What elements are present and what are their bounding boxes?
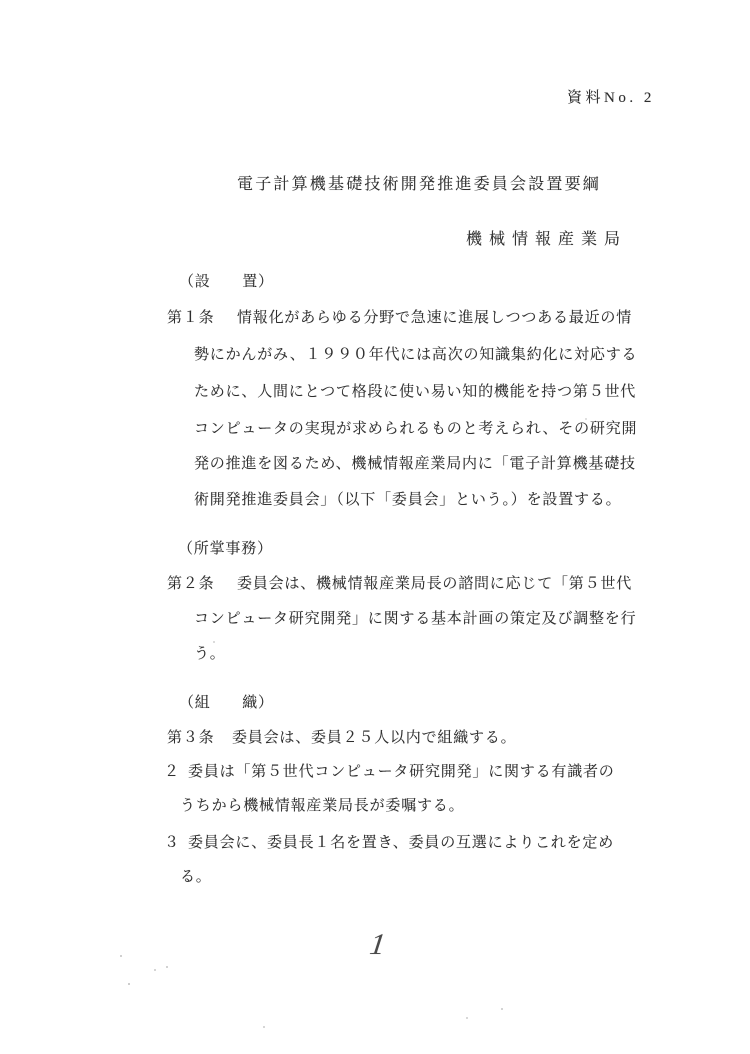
article-2-line: コンピュータ研究開発」に関する基本計画の策定及び調整を行 <box>194 607 636 628</box>
page-number: 1 <box>368 928 388 962</box>
article-1-label: 第１条 <box>167 306 214 327</box>
document-title: 電子計算機基礎技術開発推進委員会設置要綱 <box>237 171 601 194</box>
article-1-line: 情報化があらゆる分野で急速に進展しつつある最近の情 <box>237 306 632 327</box>
article-1-line: 勢にかんがみ、１９９０年代には高次の知識集約化に対応する <box>194 343 637 364</box>
article-1-line: 発の推進を図るため、機械情報産業局内に「電子計算機基礎技 <box>194 452 636 473</box>
article-3-item-3-line: る。 <box>180 865 212 886</box>
article-3-item-3-label: ３ <box>164 831 180 852</box>
section-heading-organization: （組 織） <box>179 691 274 712</box>
article-1-line: 術開発推進委員会」（以下「委員会」という。）を設置する。 <box>194 488 621 509</box>
scanned-document-page: 資料No. 2 電子計算機基礎技術開発推進委員会設置要綱 機械情報産業局 （設 … <box>0 0 750 1054</box>
article-2-line: 委員会は、機械情報産業局長の諮問に応じて「第５世代 <box>237 572 632 593</box>
scan-noise <box>0 0 2 2</box>
article-3-item-2-line: うちから機械情報産業局長が委嘱する。 <box>180 794 464 815</box>
article-3-item-3-line: 委員会に、委員長１名を置き、委員の互選によりこれを定め <box>188 831 614 852</box>
article-1-line: コンピュータの実現が求められるものと考えられ、その研究開 <box>194 417 637 438</box>
article-2-line: う。 <box>194 642 226 663</box>
article-2-label: 第２条 <box>167 572 214 593</box>
article-3-item-2-line: 委員は「第５世代コンピュータ研究開発」に関する有識者の <box>188 760 615 781</box>
article-3-label: 第３条 <box>167 726 214 747</box>
section-heading-duties: （所掌事務） <box>178 537 273 558</box>
issuing-organization: 機械情報産業局 <box>466 226 627 249</box>
article-1-line: ために、人間にとつて格段に使い易い知的機能を持つ第５世代 <box>194 380 636 401</box>
article-3-line: 委員会は、委員２５人以内で組織する。 <box>232 726 516 747</box>
article-3-item-2-label: ２ <box>164 760 180 781</box>
document-reference-number: 資料No. 2 <box>567 86 655 107</box>
section-heading-establishment: （設 置） <box>179 270 274 291</box>
